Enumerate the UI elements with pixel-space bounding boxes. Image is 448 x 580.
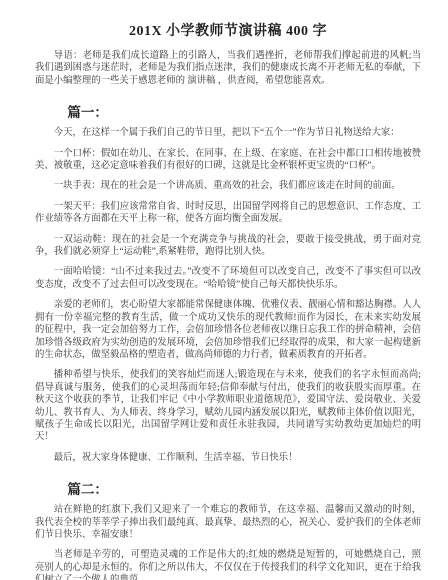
section-one-paragraph: 一架天平：我们应该常常自省、时时反思，出国留学网将自己的思想意识、工作态度、工作… bbox=[35, 201, 421, 226]
document-page: 201X 小学教师节演讲稿 400 字 导语：老师是我们成长道路上的引路人，当我… bbox=[0, 0, 448, 580]
intro-paragraph: 导语：老师是我们成长道路上的引路人，当我们遇挫折，老师帮我们撑起前进的风帆;当我… bbox=[35, 50, 421, 87]
section-one-paragraph: 一个口杯：假如在幼儿、在家长、在同事、在上级、在家庭、在社会中都口口相传地被赞美… bbox=[35, 148, 421, 173]
section-two-heading: 篇二： bbox=[35, 478, 421, 498]
section-two-paragraph: 站在鲜艳的红旗下,我们又迎来了一个难忘的教师节，在这幸福、温馨而又激动的时刻，我… bbox=[35, 504, 421, 541]
section-one-paragraph: 亲爱的老师们，衷心盼望大家都能常保健康体魄、优雅仪表、靓丽心情和豁达胸襟。人人拥… bbox=[35, 299, 421, 361]
section-one-paragraph: 一双运动鞋：现在的社会是一个充满竞争与挑战的社会，要敢于接受挑战，勇于面对竞争，… bbox=[35, 234, 421, 259]
section-one-paragraph: 今天，在这样一个属于我们自己的节日里，把以下“五个一”作为节日礼物送给大家： bbox=[35, 127, 421, 139]
document-title: 201X 小学教师节演讲稿 400 字 bbox=[35, 20, 421, 40]
section-one-paragraph: 最后，祝大家身体健康、工作顺利、生活幸福、节日快乐！ bbox=[35, 452, 421, 464]
section-two-paragraph: 当老师是辛劳的，可塑造灵魂的工作是伟大的;红烛的燃烧是短暂的，可她燃烧自己，照亮… bbox=[35, 549, 421, 580]
section-one-paragraph: 一面哈哈镜：“山不过来我过去。”改变不了环境但可以改变自己，改变不了事实但可以改… bbox=[35, 266, 421, 291]
section-one-paragraph: 一块手表：现在的社会是一个讲高质、重高效的社会，我们都应该走在时间的前面。 bbox=[35, 180, 421, 192]
section-one-paragraph: 播种希望与快乐，使我们的笑容灿烂而迷人;锻造现在与未来，使我们的名字永恒而高尚;… bbox=[35, 369, 421, 443]
section-one-heading: 篇一： bbox=[35, 101, 421, 121]
